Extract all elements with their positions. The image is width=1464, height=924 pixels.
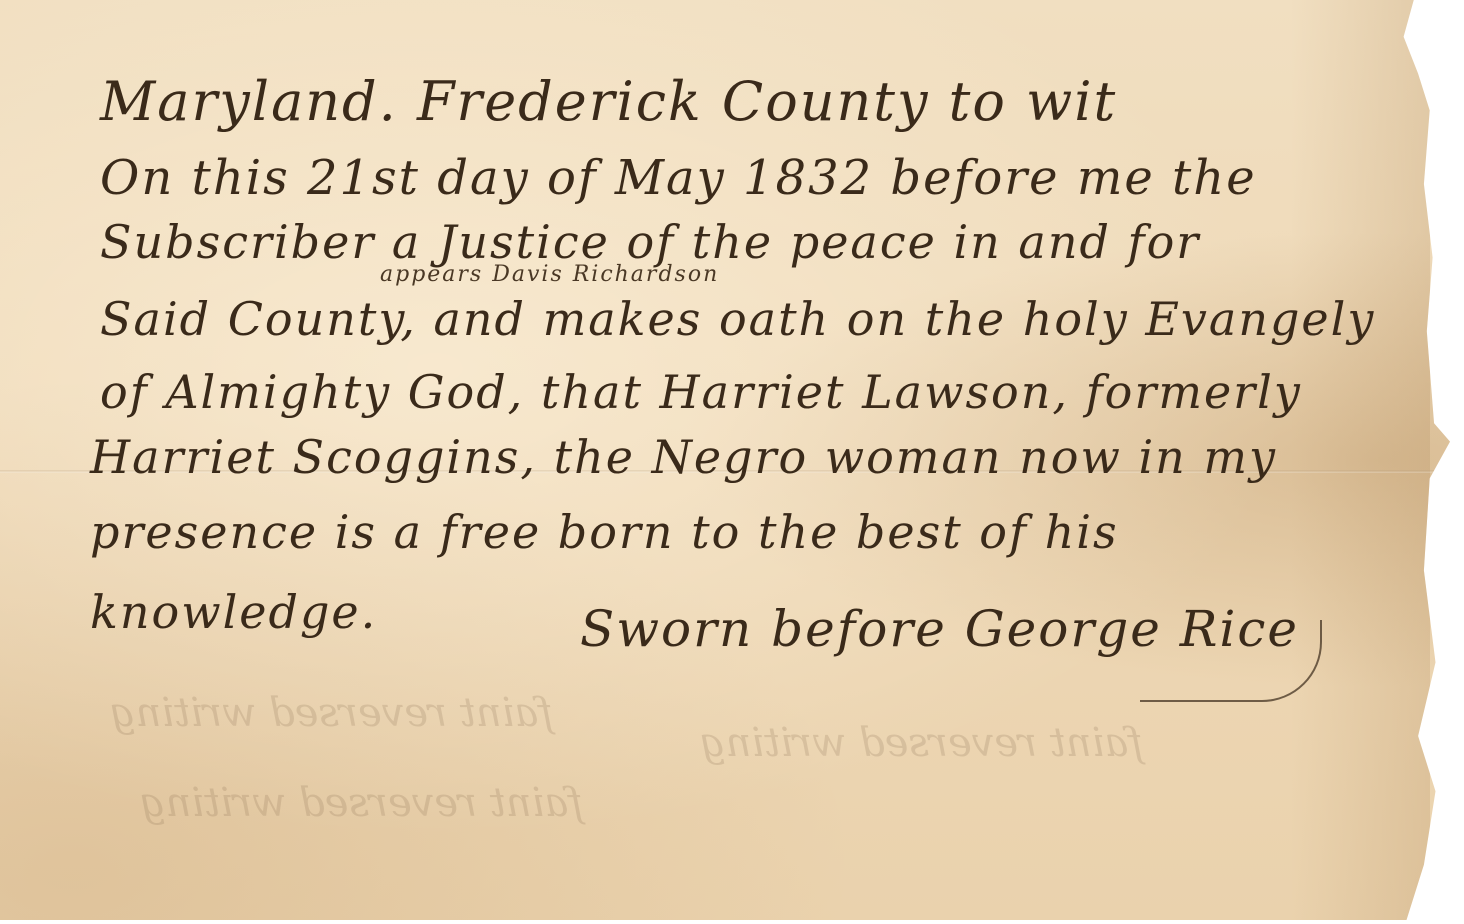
bleed-through-text: faint reversed writing	[110, 690, 553, 736]
edge-stain	[1290, 0, 1430, 920]
text-line-knowledge: knowledge.	[90, 585, 377, 639]
document-paper: faint reversed writing faint reversed wr…	[0, 0, 1450, 920]
text-line-former-name: Harriet Scoggins, the Negro woman now in…	[90, 430, 1277, 484]
bleed-through-text: faint reversed writing	[140, 780, 583, 826]
bleed-through-text: faint reversed writing	[700, 720, 1143, 766]
text-line-justice: Subscriber a Justice of the peace in and…	[100, 215, 1200, 269]
interlinear-insertion: appears Davis Richardson	[380, 262, 719, 287]
signature-flourish	[1140, 620, 1322, 702]
text-line-oath: Said County, and makes oath on the holy …	[100, 292, 1375, 346]
text-line-date: On this 21st day of May 1832 before me t…	[100, 150, 1257, 206]
text-line-subject: of Almighty God, that Harriet Lawson, fo…	[100, 365, 1302, 419]
heading-line: Maryland. Frederick County to wit	[100, 70, 1117, 133]
text-line-free-born: presence is a free born to the best of h…	[90, 505, 1119, 559]
